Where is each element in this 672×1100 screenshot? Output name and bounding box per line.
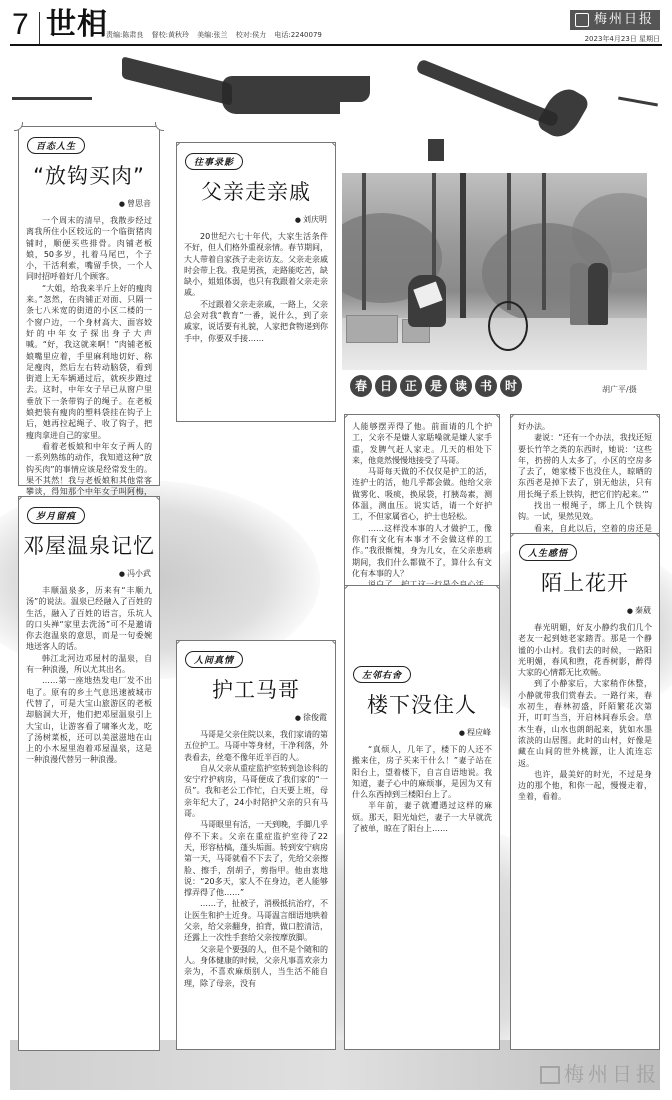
lamp-post <box>460 173 466 323</box>
paragraph: 半年前，妻子就遭遇过这样的麻烦。那天，阳光灿烂，妻子一大早就洗了被单，晾在了阳台… <box>352 800 492 834</box>
article-byline: 程应峰 <box>345 727 491 738</box>
article-body: 20世纪六七十年代，大家生活条件不好，但人们格外重视亲情。春节期间，大人带着自家… <box>177 231 335 344</box>
page-number-divider <box>39 12 40 44</box>
column-tag: 岁月留痕 <box>27 507 85 524</box>
paragraph: 看来，自此以后，空着的房还是可以继续空着，炒房的还可以继续炒下去，楼下住不住人，… <box>518 523 652 534</box>
bicycle <box>488 301 528 351</box>
newspaper-watermark: 梅州日报 <box>540 1058 660 1087</box>
paragraph: 父亲是个要强的人，但不是个随和的人。身体健康的时候，父亲凡事喜欢亲力亲为，不喜欢… <box>184 944 328 989</box>
article-fu-qin-zou-qin-qi: 往事录影 父亲走亲戚 刘庆明 20世纪六七十年代，大家生活条件不好，但人们格外重… <box>176 142 336 422</box>
issue-date: 2023年4月23日 星期日 <box>585 34 660 44</box>
paragraph: 自从父亲从重症监护室转到急诊科的安宁疗护病房，马哥便成了我们家的“一员”。我和老… <box>184 763 328 819</box>
newspaper-logo-icon <box>575 13 589 27</box>
paragraph: “大姐，给我来半斤上好的瘦肉来。”忽然，在肉铺正对面、只隔一条七八米宽的街道的小… <box>26 283 152 441</box>
column-tag: 往事录影 <box>185 153 243 170</box>
article-byline: 曾思音 <box>19 198 151 209</box>
article-byline: 刘庆明 <box>177 214 327 225</box>
newspaper-logo-icon <box>540 1066 560 1084</box>
article-body: 人能够摆弄得了他。前面请的几个护工，父亲不是嫌人家聒噪就是嫌人家手重，发脾气赶人… <box>345 415 499 586</box>
walking-couple <box>588 263 608 325</box>
paragraph: 韩江北河边邓屋村的温泉，自有一种浪漫，所以尤其出名。 <box>26 653 152 676</box>
caption-char: 是 <box>425 375 447 397</box>
walking-couple <box>570 263 590 325</box>
masthead: 7 世相 责编:陈肃良 督校:黄秋玲 美编:张兰 校对:侯力 电话:224007… <box>10 6 662 46</box>
caption-char: 时 <box>500 375 522 397</box>
article-title: 楼下没住人 <box>345 689 499 719</box>
paragraph: 丰顺温泉多，历来有“丰顺九汤”的说法。温泉已经融入了百姓的生活，融入了百姓的语言… <box>26 585 152 653</box>
article-lou-xia-mei-zhu-ren: 左邻右舍 楼下没住人 程应峰 “真烦人，几年了，楼下的人还不搬来住，房子买来干什… <box>344 586 500 1050</box>
page-number: 7 <box>12 10 29 40</box>
caption-char: 日 <box>375 375 397 397</box>
paragraph: 不过跟着父亲走亲戚，一路上，父亲总会对我“教育”一番，说什么，到了亲戚家，说话要… <box>184 299 328 344</box>
article-body: 好办法。 妻说：“还有一个办法，我找还短要长竹竿之类的东西时，她说：‘这些年，扔… <box>511 415 659 534</box>
feature-photo <box>342 173 647 370</box>
article-byline: 秦葳 <box>511 605 651 616</box>
article-body: 春光明媚，好友小静约我们几个老友一起到她老家踏青。那是一个静谧的小山村。我们去的… <box>511 622 659 803</box>
newspaper-logo: 梅州日报 <box>570 10 660 30</box>
column-tag: 百态人生 <box>27 137 85 154</box>
paragraph: 春光明媚，好友小静约我们几个老友一起到她老家踏青。那是一个静谧的小山村。我们去的… <box>518 622 652 678</box>
article-title: 陌上花开 <box>511 567 659 597</box>
watermark-text: 梅州日报 <box>564 1062 660 1086</box>
article-title: 护工马哥 <box>177 674 335 704</box>
article-title: “放钩买肉” <box>19 160 159 190</box>
paragraph: 马哥每天做的不仅仅是护工的活，连护士的活，他几乎都会做。他给父亲做雾化、吸痰，换… <box>352 466 492 522</box>
paragraph: ……子，扯被子，消极抵抗治疗，不让医生和护士近身。马哥温言细语地哄着父亲，给父亲… <box>184 898 328 943</box>
article-body: 丰顺温泉多，历来有“丰顺九汤”的说法。温泉已经融入了百姓的生活，融入了百姓的语言… <box>19 585 159 766</box>
article-deng-wu-wen-quan: 岁月留痕 邓屋温泉记忆 冯小武 丰顺温泉多，历来有“丰顺九汤”的说法。温泉已经融… <box>18 496 160 1051</box>
article-byline: 冯小武 <box>19 568 151 579</box>
article-mo-shang-hua-kai: 人生感悟 陌上花开 秦葳 春光明媚，好友小静约我们几个老友一起到她老家踏青。那是… <box>510 534 660 1050</box>
paragraph: 马哥眼里有活，一天到晚，手脚几乎停不下来。父亲在重症监护室待了22天，形容枯槁，… <box>184 819 328 898</box>
article-title: 邓屋温泉记忆 <box>19 530 159 560</box>
article-title: 父亲走亲戚 <box>177 176 335 206</box>
article-body: “真烦人，几年了，楼下的人还不搬来住，房子买来干什么！”妻子站在阳台上，望着楼下… <box>345 744 499 834</box>
article-fang-gou-mai-rou: 百态人生 “放钩买肉” 曾思音 一个周末的清早，我散步经过离我所住小区较远的一个… <box>18 126 160 486</box>
article-hu-gong-ma-ge-continued: 人能够摆弄得了他。前面请的几个护工，父亲不是嫌人家聒噪就是嫌人家手重，发脾气赶人… <box>344 414 500 586</box>
paragraph: 说白了，护工这一行是个良心活，需要体力好，有耐心，有爱心。我不知道父亲还能不能康… <box>352 579 492 586</box>
paragraph: 20世纪六七十年代，大家生活条件不好，但人们格外重视亲情。春节期间，大人带着自家… <box>184 231 328 299</box>
column-tag: 人生感悟 <box>519 544 577 561</box>
column-tag: 左邻右舍 <box>353 666 411 683</box>
paragraph: ……这样没本事的人才做护工，像你们有文化有本事才不会做这样的工作。”我很惭愧，身… <box>352 523 492 579</box>
caption-char: 读 <box>450 375 472 397</box>
paragraph: 人能够摆弄得了他。前面请的几个护工，父亲不是嫌人家聒噪就是嫌人家手重，发脾气赶人… <box>352 421 492 466</box>
column-tag: 人间真情 <box>185 651 243 668</box>
caption-char: 春 <box>350 375 372 397</box>
paragraph: 找出一根绳子，绑上几个铁钩钩。一试，果然见效。 <box>518 500 652 523</box>
editor-credits: 责编:陈肃良 督校:黄秋玲 美编:张兰 校对:侯力 电话:2240079 <box>106 30 322 40</box>
caption-char: 书 <box>475 375 497 397</box>
paragraph: 妻说：“还有一个办法，我找还短要长竹竿之类的东西时，她说：‘这些年，扔捞的人太多… <box>518 432 652 500</box>
masthead-rule <box>10 44 662 46</box>
paragraph: 到了小静家后，大家稍作休整，小静就带我们赏春去。一路行来，春水初生，春林初盛，阡… <box>518 678 652 768</box>
article-lou-xia-continued: 好办法。 妻说：“还有一个办法，我找还短要长竹竿之类的东西时，她说：‘这些年，扔… <box>510 414 660 534</box>
article-hu-gong-ma-ge: 人间真情 护工马哥 徐俊霞 马哥是父亲住院以来，我们家请的第五位护工。马哥中等身… <box>176 640 336 1050</box>
photo-caption: 春 日 正 是 读 书 时 <box>350 375 522 401</box>
paragraph: 一个周末的清早，我散步经过离我所住小区较远的一个临街猪肉铺时，顺便买些排骨。肉铺… <box>26 215 152 283</box>
paragraph: “真烦人，几年了，楼下的人还不搬来住，房子买来干什么！”妻子站在阳台上，望着楼下… <box>352 744 492 800</box>
article-byline: 徐俊霞 <box>177 712 327 723</box>
photo-credit: 胡广平/摄 <box>602 384 637 395</box>
paragraph: 也许，最美好的时光，不过是身边的那个他，和你一起，慢慢走着，坐着，看着。 <box>518 769 652 803</box>
paragraph: ……第一座地热发电厂发不出电了。原有的乡土气息迅速被城市代替了，可是大宝山旅游区… <box>26 675 152 765</box>
caption-char: 正 <box>400 375 422 397</box>
paragraph: 马哥是父亲住院以来，我们家请的第五位护工。马哥中等身材，干净利落，外表看去，丝毫… <box>184 729 328 763</box>
article-body: 马哥是父亲住院以来，我们家请的第五位护工。马哥中等身材，干净利落，外表看去，丝毫… <box>177 729 335 989</box>
paragraph: 好办法。 <box>518 421 652 432</box>
section-title: 世相 <box>46 10 108 40</box>
newspaper-name: 梅州日报 <box>594 12 654 27</box>
